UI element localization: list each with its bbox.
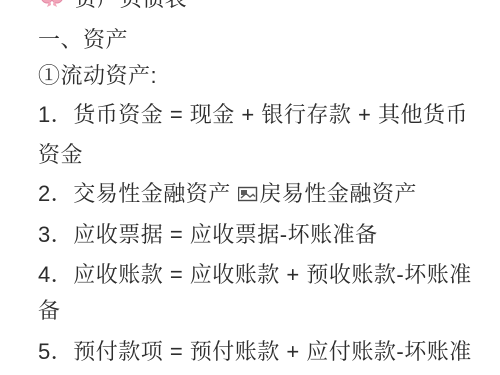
notes-page: 资产负债表 一、资产 ①流动资产: 1．货币资金 = 现金 + 银行存款 + 其… <box>0 0 500 375</box>
formula-1-line-1: 1．货币资金 = 现金 + 银行存款 + 其他货币 <box>38 101 468 129</box>
formula-4-line-2: 备 <box>38 297 61 325</box>
formula-1-line-2: 资金 <box>38 141 83 169</box>
formula-2-text-before: 2．交易性金融资产 <box>38 181 237 206</box>
formula-2-line: 2．交易性金融资产 戻易性金融资产 <box>38 180 417 208</box>
formula-5-line: 5．预付款项 = 预付账款 + 应付账款-坏账准 <box>38 338 472 366</box>
subsection-heading: ①流动资产: <box>38 62 157 90</box>
formula-4-line-1: 4．应收账款 = 应收账款 + 预收账款-坏账准 <box>38 261 472 289</box>
formula-3-line: 3．应收票据 = 应收票据-坏账准备 <box>38 221 378 249</box>
broken-image-icon <box>238 181 258 197</box>
title-line: 资产负债表 <box>40 0 187 13</box>
formula-2-text-after: 戻易性金融资产 <box>259 181 417 206</box>
pink-ribbon-emoji-icon <box>40 0 64 9</box>
page-title: 资产负债表 <box>75 0 188 11</box>
section-heading: 一、资产 <box>38 26 128 54</box>
